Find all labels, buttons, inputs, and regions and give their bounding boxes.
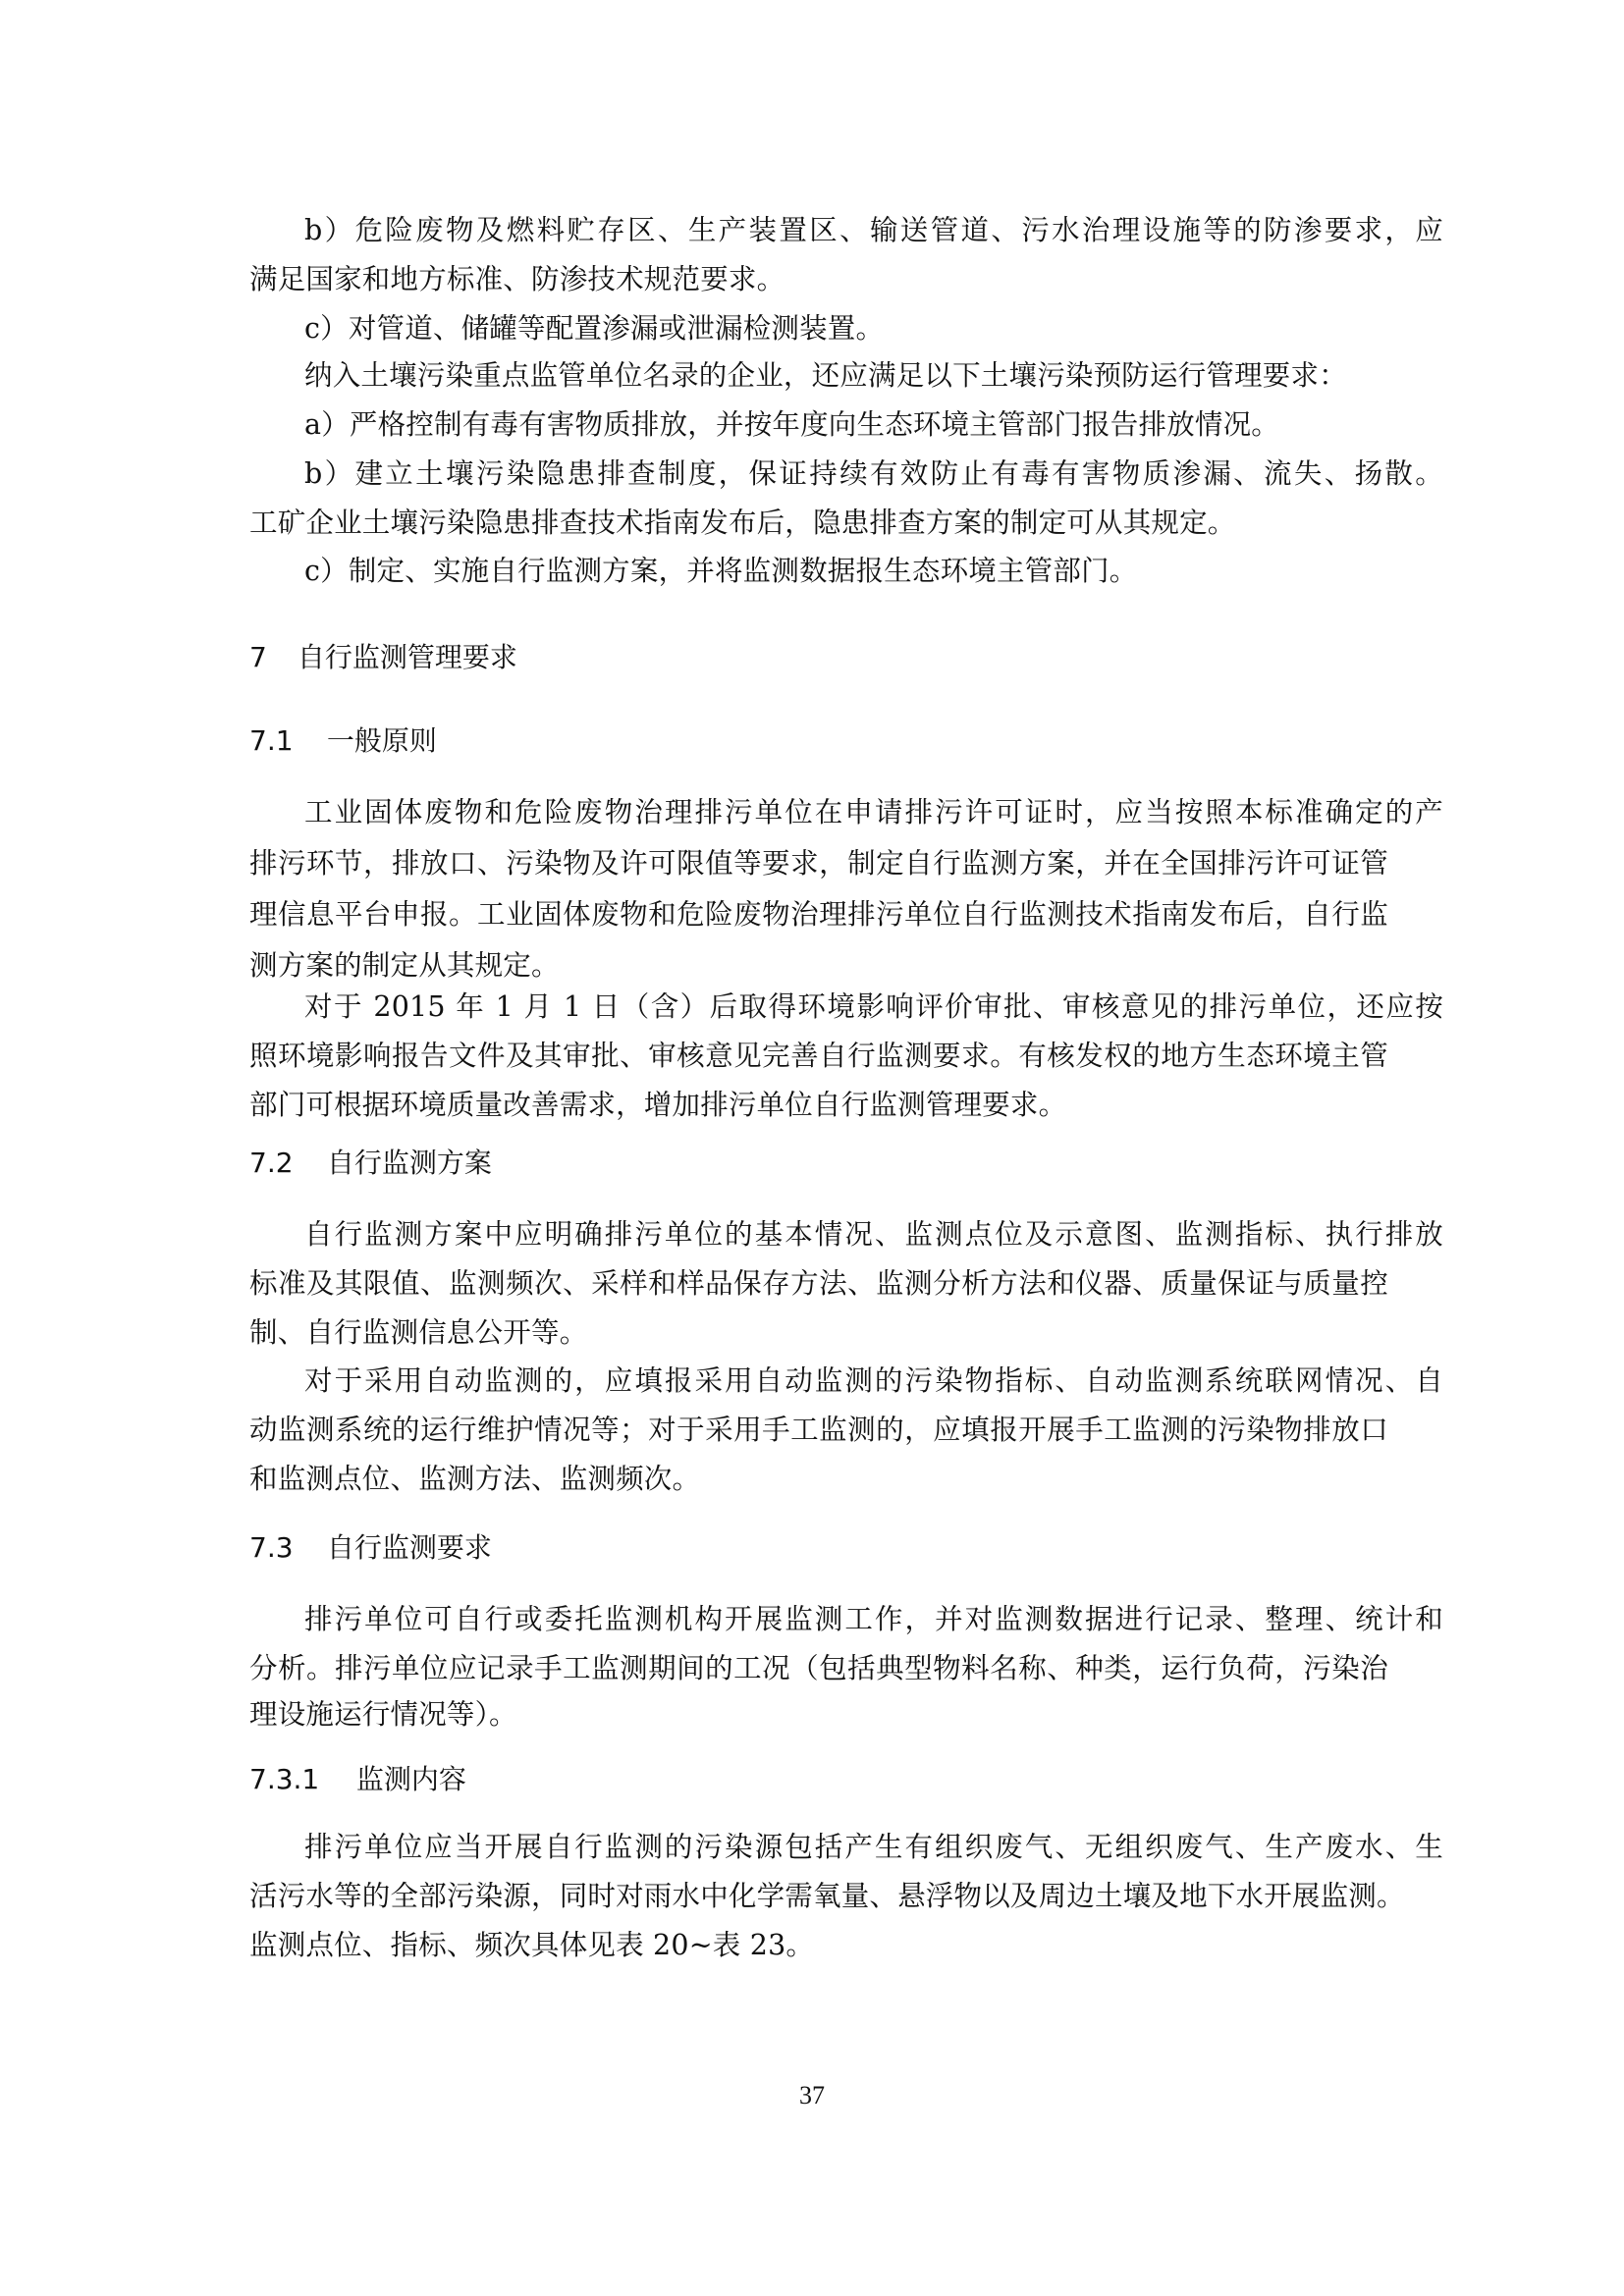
para-line: c）对管道、储罐等配置渗漏或泄漏检测装置。 [304,309,1443,348]
para-line: 标准及其限值、监测频次、采样和样品保存方法、监测分析方法和仪器、质量保证与质量控 [249,1264,1388,1304]
para-line: 理设施运行情况等）。 [249,1695,1388,1735]
para-line: b）危险废物及燃料贮存区、生产装置区、输送管道、污水治理设施等的防渗要求，应 [304,211,1443,250]
para-line: 动监测系统的运行维护情况等；对于采用手工监测的，应填报开展手工监测的污染物排放口 [249,1411,1388,1450]
para-line: 排污环节，排放口、污染物及许可限值等要求，制定自行监测方案，并在全国排污许可证管 [249,844,1388,883]
para-line: 纳入土壤污染重点监管单位名录的企业，还应满足以下土壤污染预防运行管理要求： [304,356,1443,396]
heading-number: 7.3 [249,1528,318,1568]
para-line: 满足国家和地方标准、防渗技术规范要求。 [249,260,1388,299]
heading-number: 7.1 [249,721,318,761]
para-line: 照环境影响报告文件及其审批、审核意见完善自行监测要求。有核发权的地方生态环境主管 [249,1037,1388,1076]
page-number: 37 [0,2081,1624,2110]
para-line: a）严格控制有毒有害物质排放，并按年度向生态环境主管部门报告排放情况。 [304,405,1443,445]
para-line: 工矿企业土壤污染隐患排查技术指南发布后，隐患排查方案的制定可从其规定。 [249,504,1388,543]
section-heading-7-3: 7.3 自行监测要求 [249,1528,492,1568]
section-heading-7-3-1: 7.3.1 监测内容 [249,1760,466,1799]
heading-title: 监测内容 [356,1760,466,1799]
section-heading-7: 7 自行监测管理要求 [249,638,517,677]
heading-number: 7.2 [249,1144,318,1183]
para-line: 分析。排污单位应记录手工监测期间的工况（包括典型物料名称、种类，运行负荷，污染治 [249,1649,1388,1688]
section-heading-7-1: 7.1 一般原则 [249,721,437,761]
para-line: 测方案的制定从其规定。 [249,946,1388,986]
para-line: b）建立土壤污染隐患排查制度，保证持续有效防止有毒有害物质渗漏、流失、扬散。 [304,454,1443,494]
section-heading-7-2: 7.2 自行监测方案 [249,1144,492,1183]
para-line: 自行监测方案中应明确排污单位的基本情况、监测点位及示意图、监测指标、执行排放 [304,1215,1443,1255]
document-page: b）危险废物及燃料贮存区、生产装置区、输送管道、污水治理设施等的防渗要求，应 满… [0,0,1624,2296]
para-line: 监测点位、指标、频次具体见表 20~表 23。 [249,1926,1388,1965]
para-line: 理信息平台申报。工业固体废物和危险废物治理排污单位自行监测技术指南发布后，自行监 [249,895,1388,934]
para-line: c）制定、实施自行监测方案，并将监测数据报生态环境主管部门。 [304,552,1443,591]
para-line: 排污单位应当开展自行监测的污染源包括产生有组织废气、无组织废气、生产废水、生 [304,1828,1443,1867]
para-line: 排污单位可自行或委托监测机构开展监测工作，并对监测数据进行记录、整理、统计和 [304,1600,1443,1639]
heading-title: 自行监测管理要求 [298,638,517,677]
para-line: 制、自行监测信息公开等。 [249,1313,1388,1353]
heading-title: 自行监测要求 [327,1528,492,1568]
heading-number: 7 [249,638,289,677]
heading-title: 一般原则 [327,721,437,761]
heading-title: 自行监测方案 [327,1144,492,1183]
para-line: 活污水等的全部污染源，同时对雨水中化学需氧量、悬浮物以及周边土壤及地下水开展监测… [249,1877,1388,1916]
para-line: 和监测点位、监测方法、监测频次。 [249,1460,1388,1499]
para-line: 部门可根据环境质量改善需求，增加排污单位自行监测管理要求。 [249,1086,1388,1125]
para-line: 工业固体废物和危险废物治理排污单位在申请排污许可证时，应当按照本标准确定的产 [304,793,1443,832]
heading-number: 7.3.1 [249,1760,348,1799]
para-line: 对于 2015 年 1 月 1 日（含）后取得环境影响评价审批、审核意见的排污单… [304,988,1443,1027]
para-line: 对于采用自动监测的，应填报采用自动监测的污染物指标、自动监测系统联网情况、自 [304,1362,1443,1401]
